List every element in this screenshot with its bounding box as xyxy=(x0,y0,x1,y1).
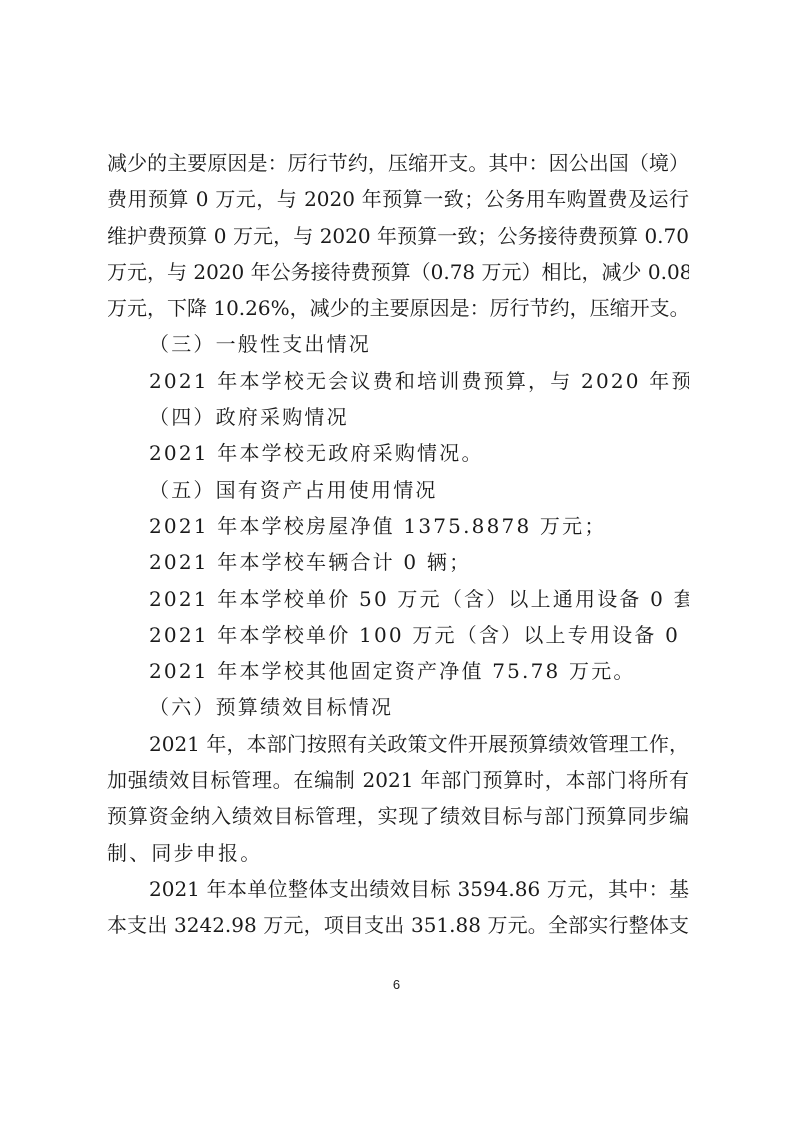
body-text: 减少的主要原因是：厉行节约，压缩开支。其中：因公出国（境） 费用预算 0 万元，… xyxy=(107,145,689,944)
paragraph-line: 费用预算 0 万元，与 2020 年预算一致；公务用车购置费及运行 xyxy=(107,181,689,217)
paragraph-line: 加强绩效目标管理。在编制 2021 年部门预算时，本部门将所有 xyxy=(107,762,689,798)
paragraph-line: 2021 年本学校无政府采购情况。 xyxy=(107,435,689,471)
paragraph-line: 本支出 3242.98 万元，项目支出 351.88 万元。全部实行整体支 xyxy=(107,907,689,943)
paragraph-line: 2021 年本学校车辆合计 0 辆； xyxy=(107,544,689,580)
paragraph-line: 万元，下降 10.26%，减少的主要原因是：厉行节约，压缩开支。 xyxy=(107,290,689,326)
paragraph-line: 2021 年本学校单价 100 万元（含）以上专用设备 0 套； xyxy=(107,617,689,653)
paragraph-line: 2021 年本学校其他固定资产净值 75.78 万元。 xyxy=(107,653,689,689)
paragraph-line: 2021 年本学校房屋净值 1375.8878 万元； xyxy=(107,508,689,544)
section-heading-performance-targets: （六）预算绩效目标情况 xyxy=(107,689,689,725)
section-heading-government-procurement: （四）政府采购情况 xyxy=(107,399,689,435)
document-page: 减少的主要原因是：厉行节约，压缩开支。其中：因公出国（境） 费用预算 0 万元，… xyxy=(0,0,793,1122)
paragraph-line: 预算资金纳入绩效目标管理，实现了绩效目标与部门预算同步编 xyxy=(107,798,689,834)
paragraph-line: 2021 年，本部门按照有关政策文件开展预算绩效管理工作， xyxy=(107,726,689,762)
paragraph-line: 制、同步申报。 xyxy=(107,835,689,871)
paragraph-line: 2021 年本单位整体支出绩效目标 3594.86 万元，其中：基 xyxy=(107,871,689,907)
section-heading-general-expenditure: （三）一般性支出情况 xyxy=(107,326,689,362)
page-number: 6 xyxy=(0,977,793,992)
section-heading-state-assets: （五）国有资产占用使用情况 xyxy=(107,472,689,508)
paragraph-line: 2021 年本学校无会议费和培训费预算，与 2020 年预算一致。 xyxy=(107,363,689,399)
paragraph-line: 减少的主要原因是：厉行节约，压缩开支。其中：因公出国（境） xyxy=(107,145,689,181)
paragraph-line: 2021 年本学校单价 50 万元（含）以上通用设备 0 套； xyxy=(107,581,689,617)
paragraph-line: 万元，与 2020 年公务接待费预算（0.78 万元）相比，减少 0.08 xyxy=(107,254,689,290)
paragraph-line: 维护费预算 0 万元，与 2020 年预算一致；公务接待费预算 0.70 xyxy=(107,218,689,254)
